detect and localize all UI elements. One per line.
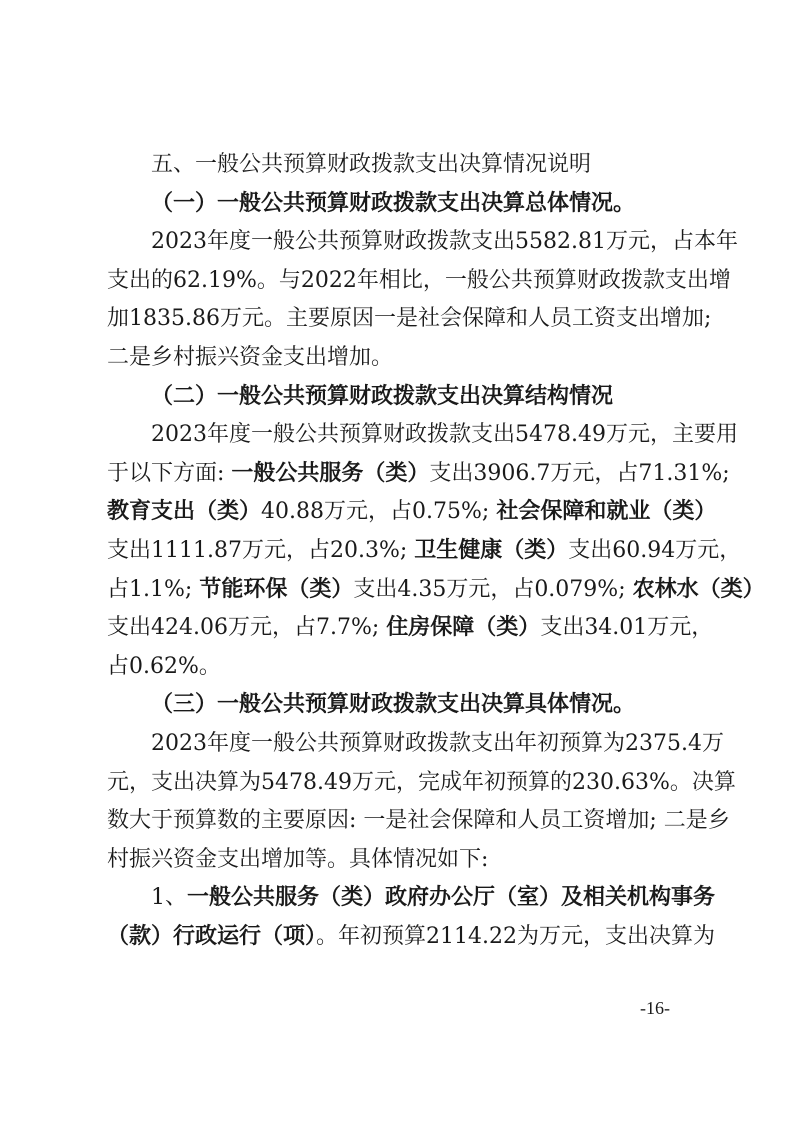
subsection-title-1: （一）一般公共预算财政拨款支出决算总体情况。 (107, 185, 693, 224)
subsection-title-2: （二）一般公共预算财政拨款支出决算结构情况 (107, 378, 693, 417)
category-name: 一般公共服务（类） (231, 461, 429, 486)
paragraph-line: 2023年度一般公共预算财政拨款支出年初预算为2375.4万 (107, 725, 693, 764)
paragraph-line: 元，支出决算为5478.49万元，完成年初预算的230.63%。决算 (107, 764, 693, 803)
category-value: 支出34.01万元， (540, 615, 713, 640)
item-text: 。年初预算2114.22为万元，支出决算为 (316, 924, 715, 949)
paragraph-line: 数大于预算数的主要原因: 一是社会保障和人员工资增加; 二是乡 (107, 802, 693, 841)
category-value: 支出4.35万元，占0.079%; (353, 577, 625, 602)
paragraph-line: 加1835.86万元。主要原因一是社会保障和人员工资支出增加; (107, 300, 693, 339)
item-title-line: 1、一般公共服务（类）政府办公厅（室）及相关机构事务 (107, 879, 693, 918)
text: 于以下方面: (107, 461, 231, 486)
section-heading: 五、一般公共预算财政拨款支出决算情况说明 (107, 146, 693, 185)
item-title: （款）行政运行（项） (107, 924, 316, 949)
category-name: 社会保障和就业（类） (496, 499, 716, 524)
category-name: 农林水（类） (633, 577, 765, 602)
category-name: 教育支出（类） (107, 499, 261, 524)
subsection-title-3: （三）一般公共预算财政拨款支出决算具体情况。 (107, 686, 693, 725)
category-value: 40.88万元，占0.75%; (261, 499, 489, 524)
category-value: 支出424.06万元，占7.7%; (107, 615, 379, 640)
paragraph-line: 占1.1%; 节能环保（类）支出4.35万元，占0.079%; 农林水（类） (107, 571, 693, 610)
category-name: 住房保障（类） (386, 615, 540, 640)
page-number: -16- (640, 998, 670, 1019)
paragraph-line: 教育支出（类）40.88万元，占0.75%; 社会保障和就业（类） (107, 493, 693, 532)
document-page: 五、一般公共预算财政拨款支出决算情况说明 （一）一般公共预算财政拨款支出决算总体… (107, 146, 693, 956)
category-value: 支出1111.87万元，占20.3%; (107, 538, 407, 563)
paragraph-line: 2023年度一般公共预算财政拨款支出5582.81万元，占本年 (107, 223, 693, 262)
item-title-line: （款）行政运行（项）。年初预算2114.22为万元，支出决算为 (107, 918, 693, 957)
paragraph-line: 于以下方面: 一般公共服务（类）支出3906.7万元，占71.31%; (107, 455, 693, 494)
paragraph-line: 二是乡村振兴资金支出增加。 (107, 339, 693, 378)
item-title: 一般公共服务（类）政府办公厅（室）及相关机构事务 (187, 885, 715, 910)
paragraph-line: 占0.62%。 (107, 648, 693, 687)
category-value: 占1.1%; (107, 577, 192, 602)
category-value: 支出60.94万元， (568, 538, 741, 563)
paragraph-line: 村振兴资金支出增加等。具体情况如下: (107, 841, 693, 880)
paragraph-line: 2023年度一般公共预算财政拨款支出5478.49万元，主要用 (107, 416, 693, 455)
category-value: 支出3906.7万元，占71.31%; (429, 461, 729, 486)
paragraph-line: 支出424.06万元，占7.7%; 住房保障（类）支出34.01万元， (107, 609, 693, 648)
category-name: 节能环保（类） (199, 577, 353, 602)
paragraph-line: 支出的62.19%。与2022年相比，一般公共预算财政拨款支出增 (107, 262, 693, 301)
paragraph-line: 支出1111.87万元，占20.3%; 卫生健康（类）支出60.94万元， (107, 532, 693, 571)
item-number: 1、 (151, 885, 187, 910)
category-name: 卫生健康（类） (414, 538, 568, 563)
